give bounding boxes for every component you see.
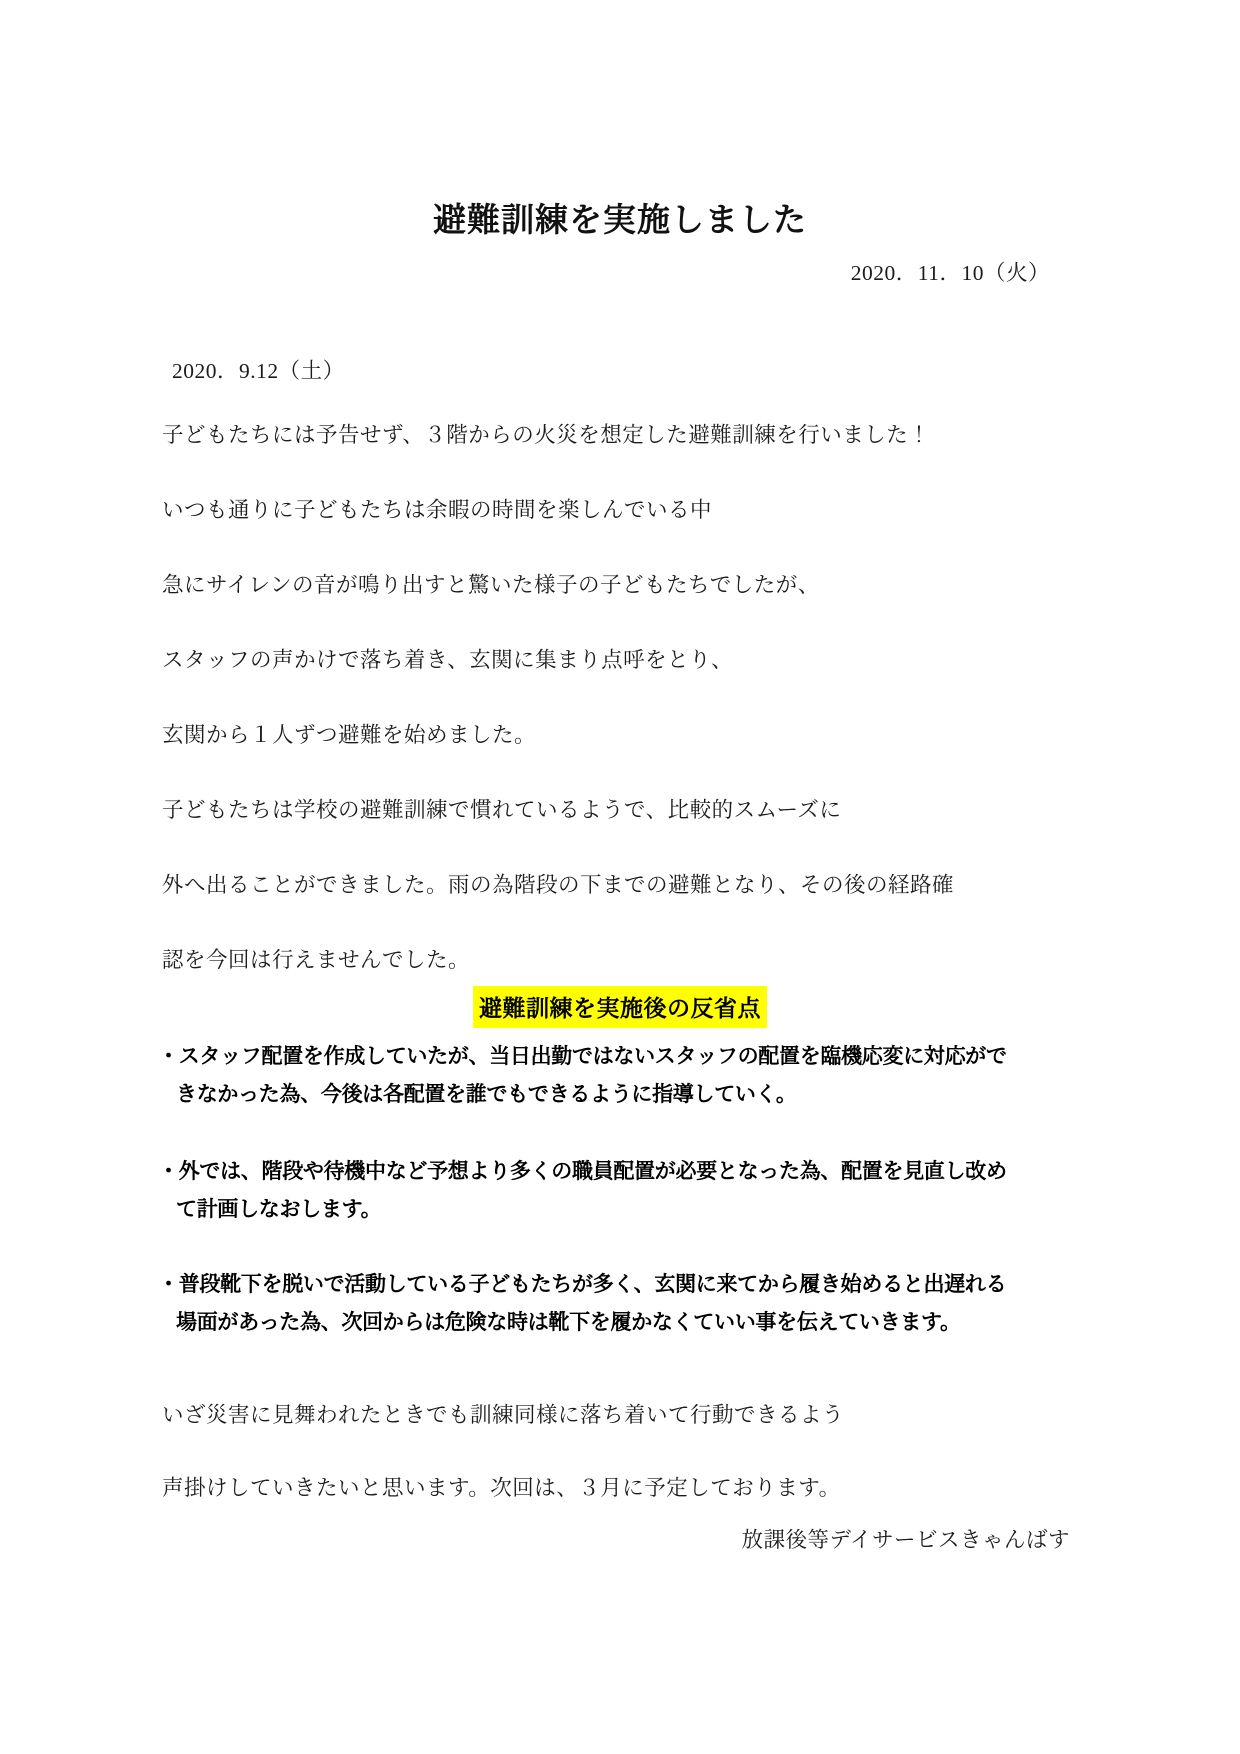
body-line: 子どもたちには予告せず、３階からの火災を想定した避難訓練を行いました！ bbox=[162, 418, 930, 449]
reflection-bullet-line: ・普段靴下を脱いで活動している子どもたちが多く、玄関に来てから履き始めると出遅れ… bbox=[158, 1268, 1006, 1298]
reflection-bullet-line: ・スタッフ配置を作成していたが、当日出勤ではないスタッフの配置を臨機応変に対応が… bbox=[158, 1040, 1007, 1070]
reflection-heading-highlight: 避難訓練を実施後の反省点 bbox=[473, 986, 767, 1028]
body-line: いつも通りに子どもたちは余暇の時間を楽しんでいる中 bbox=[162, 493, 712, 524]
body-line: スタッフの声かけで落ち着き、玄関に集まり点呼をとり、 bbox=[162, 643, 733, 674]
reflection-bullet-line: 場面があった為、次回からは危険な時は靴下を履かなくていい事を伝えていきます。 bbox=[176, 1306, 961, 1336]
body-line: 認を今回は行えませんでした。 bbox=[162, 943, 470, 974]
reflection-bullet-line: ・外では、階段や待機中など予想より多くの職員配置が必要となった為、配置を見直し改… bbox=[158, 1155, 1007, 1185]
body-line: 玄関から１人ずつ避難を始めました。 bbox=[162, 718, 536, 749]
body-line: 急にサイレンの音が鳴り出すと驚いた様子の子どもたちでしたが、 bbox=[162, 568, 820, 599]
document-page: 避難訓練を実施しました 2020．11．10（火） 2020．9.12（土） 子… bbox=[0, 0, 1240, 1754]
reflection-bullet-line: きなかった為、今後は各配置を誰でもできるように指導していく。 bbox=[176, 1078, 797, 1108]
body-line: 外へ出ることができました。雨の為階段の下までの避難となり、その後の経路確 bbox=[162, 868, 954, 899]
body-line: 子どもたちは学校の避難訓練で慣れているようで、比較的スムーズに bbox=[162, 793, 841, 824]
posted-date: 2020．11．10（火） bbox=[155, 256, 1050, 287]
event-date: 2020．9.12（土） bbox=[172, 354, 345, 385]
page-title: 避難訓練を実施しました bbox=[155, 194, 1085, 241]
closing-line: 声掛けしていきたいと思います。次回は、３月に予定しております。 bbox=[162, 1471, 841, 1502]
closing-line: いざ災害に見舞われたときでも訓練同様に落ち着いて行動できるよう bbox=[162, 1398, 844, 1429]
reflection-heading-row: 避難訓練を実施後の反省点 bbox=[155, 986, 1085, 1028]
signature: 放課後等デイサービスきゃんばす bbox=[155, 1523, 1070, 1554]
reflection-bullet-line: て計画しなおします。 bbox=[176, 1193, 381, 1223]
